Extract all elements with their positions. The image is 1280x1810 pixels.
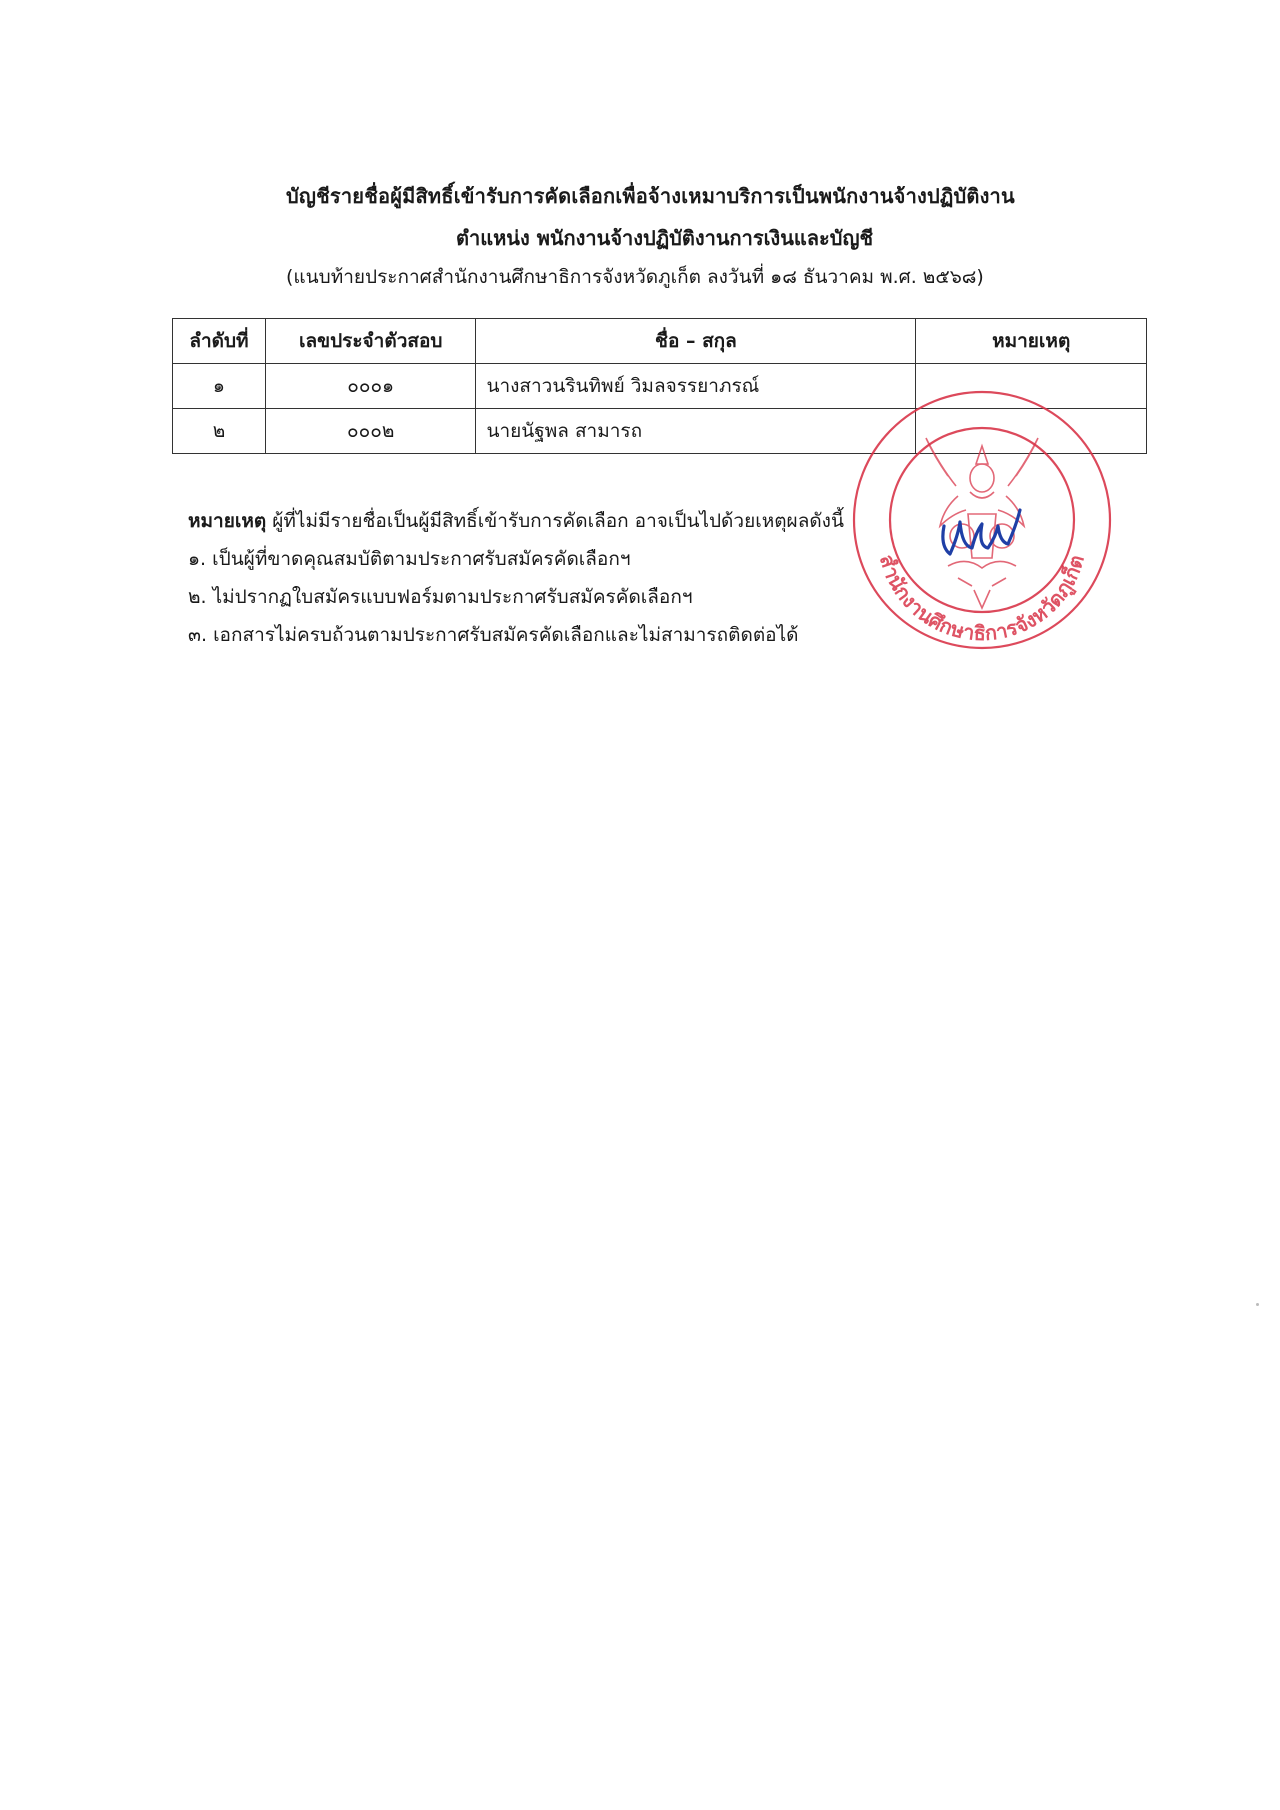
cell-order: ๒ (173, 409, 266, 454)
notes-intro-line: หมายเหตุ ผู้ที่ไม่มีรายชื่อเป็นผู้มีสิทธ… (188, 502, 988, 540)
document-page: บัญชีรายชื่อผู้มีสิทธิ์เข้ารับการคัดเลือ… (0, 0, 1280, 1810)
cell-remark (916, 364, 1147, 409)
cell-name: นางสาวนรินทิพย์ วิมลจรรยาภรณ์ (476, 364, 916, 409)
document-subtitle: (แนบท้ายประกาศสำนักงานศึกษาธิการจังหวัดภ… (286, 262, 1106, 292)
cell-exam-id: ๐๐๐๒ (265, 409, 476, 454)
notes-section: หมายเหตุ ผู้ที่ไม่มีรายชื่อเป็นผู้มีสิทธ… (188, 502, 988, 654)
table-row: ๒ ๐๐๐๒ นายนัฐพล สามารถ (173, 409, 1147, 454)
note-item: ๒. ไม่ปรากฏใบสมัครแบบฟอร์มตามประกาศรับสม… (188, 578, 988, 616)
notes-intro: ผู้ที่ไม่มีรายชื่อเป็นผู้มีสิทธิ์เข้ารับ… (266, 510, 844, 532)
header-exam-id: เลขประจำตัวสอบ (265, 319, 476, 364)
header-order: ลำดับที่ (173, 319, 266, 364)
cell-exam-id: ๐๐๐๑ (265, 364, 476, 409)
document-title-line2: ตำแหน่ง พนักงานจ้างปฏิบัติงานการเงินและบ… (456, 222, 1056, 254)
table-header-row: ลำดับที่ เลขประจำตัวสอบ ชื่อ – สกุล หมาย… (173, 319, 1147, 364)
scan-speck (1256, 1303, 1259, 1306)
cell-order: ๑ (173, 364, 266, 409)
notes-label: หมายเหตุ (188, 510, 266, 532)
header-name: ชื่อ – สกุล (476, 319, 916, 364)
table-row: ๑ ๐๐๐๑ นางสาวนรินทิพย์ วิมลจรรยาภรณ์ (173, 364, 1147, 409)
note-item: ๑. เป็นผู้ที่ขาดคุณสมบัติตามประกาศรับสมั… (188, 540, 988, 578)
cell-name: นายนัฐพล สามารถ (476, 409, 916, 454)
header-remark: หมายเหตุ (916, 319, 1147, 364)
cell-remark (916, 409, 1147, 454)
applicant-table: ลำดับที่ เลขประจำตัวสอบ ชื่อ – สกุล หมาย… (172, 318, 1147, 454)
document-title-line1: บัญชีรายชื่อผู้มีสิทธิ์เข้ารับการคัดเลือ… (286, 180, 1076, 212)
note-item: ๓. เอกสารไม่ครบถ้วนตามประกาศรับสมัครคัดเ… (188, 616, 988, 654)
